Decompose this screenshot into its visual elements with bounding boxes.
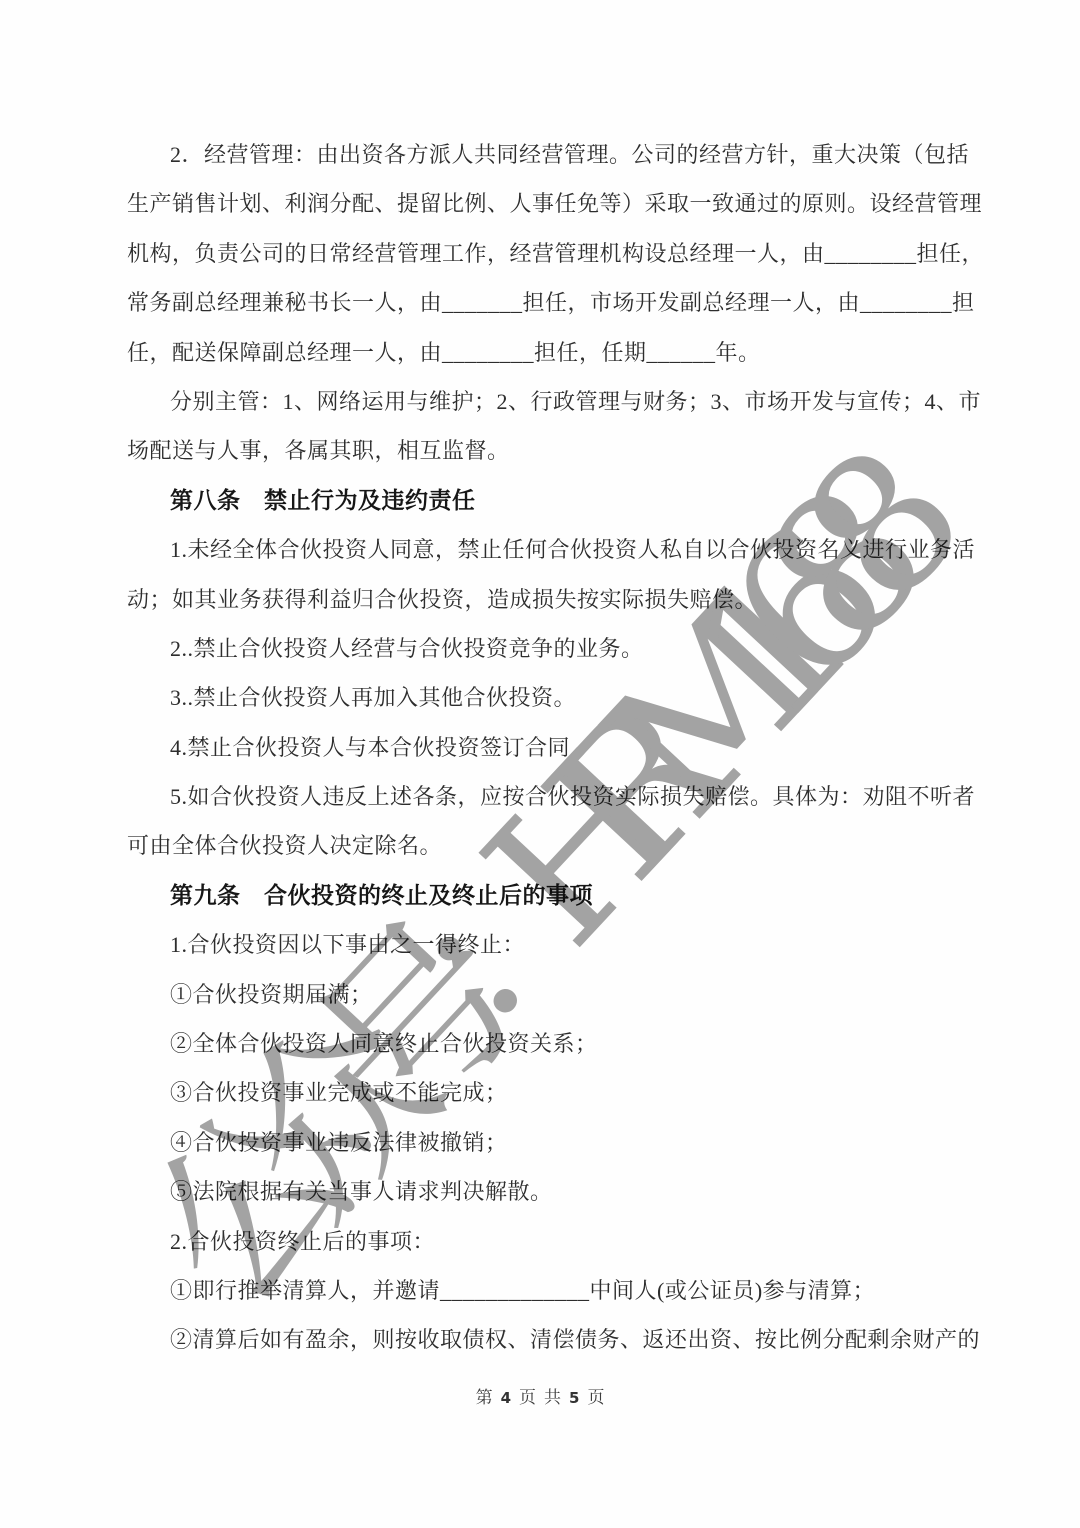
document-line: 分别主管：1、网络运用与维护；2、行政管理与财务；3、市场开发与宣传；4、市 [127,377,967,426]
document-line: 5.如合伙投资人违反上述各条，应按合伙投资实际损失赔偿。具体为：劝阻不听者 [127,772,967,821]
page-footer: 第4页共5页 [0,1383,1080,1408]
document-line: 机构，负责公司的日常经营管理工作，经营管理机构设总经理一人，由________担… [127,229,967,278]
footer-label-ye1: 页 [519,1383,536,1408]
document-line: 2..禁止合伙投资人经营与合伙投资竞争的业务。 [127,624,967,673]
footer-total-pages: 5 [569,1389,579,1407]
footer-label-di: 第 [476,1383,493,1408]
document-line: 可由全体合伙投资人决定除名。 [127,821,967,870]
document-page: 2．经营管理：由出资各方派人共同经营管理。公司的经营方针，重大决策（包括生产销售… [0,0,1080,1528]
document-line: 常务副总经理兼秘书长一人，由_______担任，市场开发副总经理一人，由____… [127,278,967,327]
document-line: 动；如其业务获得利益归合伙投资，造成损失按实际损失赔偿。 [127,575,967,624]
document-line: 任，配送保障副总经理一人，由________担任，任期______年。 [127,328,967,377]
document-heading-line: 第八条 禁止行为及违约责任 [127,476,967,525]
document-line: ③合伙投资事业完成或不能完成； [127,1068,967,1117]
footer-label-gong: 共 [544,1383,561,1408]
footer-label-ye2: 页 [587,1383,604,1408]
document-heading-line: 第九条 合伙投资的终止及终止后的事项 [127,871,967,920]
document-line: 3..禁止合伙投资人再加入其他合伙投资。 [127,673,967,722]
document-body: 2．经营管理：由出资各方派人共同经营管理。公司的经营方针，重大决策（包括生产销售… [127,130,967,1365]
document-line: 1.合伙投资因以下事由之一得终止： [127,920,967,969]
document-line: 1.未经全体合伙投资人同意，禁止任何合伙投资人私自以合伙投资名义进行业务活 [127,525,967,574]
document-line: 4.禁止合伙投资人与本合伙投资签订合同 [127,723,967,772]
document-line: ⑤法院根据有关当事人请求判决解散。 [127,1167,967,1216]
document-line: ④合伙投资事业违反法律被撤销； [127,1118,967,1167]
footer-page-number: 4 [501,1389,511,1407]
document-line: 2．经营管理：由出资各方派人共同经营管理。公司的经营方针，重大决策（包括 [127,130,967,179]
document-line: 场配送与人事，各属其职，相互监督。 [127,426,967,475]
document-line: ①合伙投资期届满； [127,970,967,1019]
document-line: ②清算后如有盈余，则按收取债权、清偿债务、返还出资、按比例分配剩余财产的 [127,1315,967,1364]
document-line: 2.合伙投资终止后的事项： [127,1217,967,1266]
document-line: 生产销售计划、利润分配、提留比例、人事任免等）采取一致通过的原则。设经营管理 [127,179,967,228]
document-line: ②全体合伙投资人同意终止合伙投资关系； [127,1019,967,1068]
document-line: ①即行推举清算人，并邀请_____________中间人(或公证员)参与清算； [127,1266,967,1315]
